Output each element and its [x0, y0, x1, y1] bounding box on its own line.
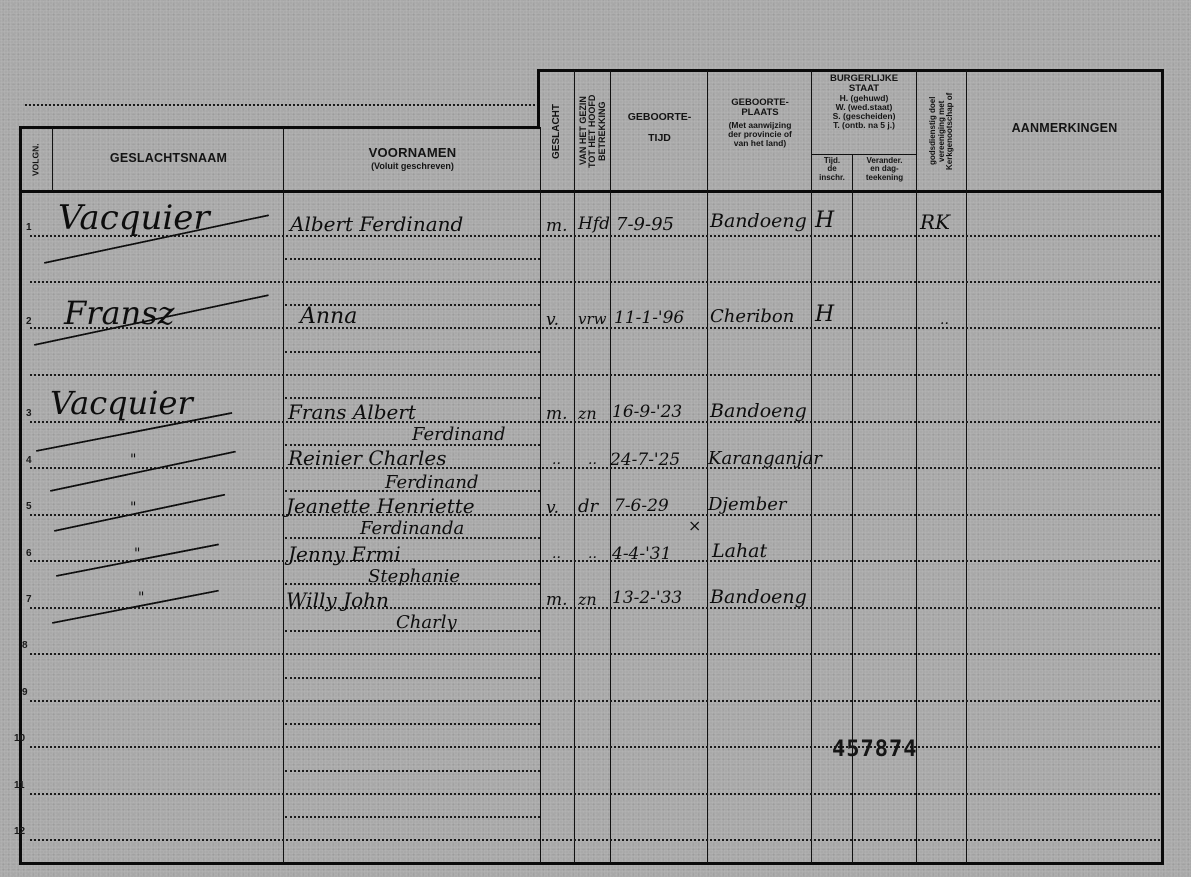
row-number: 9 [22, 687, 28, 698]
row-number: 5 [26, 501, 32, 512]
border-bottom [19, 862, 1164, 865]
cell-betrekking: zn [578, 590, 597, 609]
cell-geslacht: m. [546, 404, 568, 424]
cell-betrekking: zn [578, 404, 597, 423]
header-bs-legend-t: T. (ontb. na 5 j.) [812, 121, 916, 130]
border-step [537, 70, 540, 128]
cell-geboorteplaats: Bandoeng [710, 586, 807, 608]
col-sep-volgn [52, 127, 53, 191]
header-voornamen-label: VOORNAMEN [285, 146, 540, 160]
cell-voornamen: Frans Albert [288, 400, 416, 424]
cell-geslacht: v. [546, 498, 559, 518]
header-betrekking-line3: VAN HET GEZIN [579, 74, 588, 188]
header-geslachtsnaam: GESLACHTSNAAM [54, 152, 283, 165]
cell-geboortetijd-mark: × [688, 516, 701, 535]
header-dotted-line [25, 104, 535, 106]
strikethrough [54, 494, 226, 532]
cell-geslacht: v. [546, 310, 559, 330]
header-geslacht: GESLACHT [541, 76, 573, 188]
header-geboortetijd-label2: TIJD [612, 133, 707, 144]
cell-geboortetijd: 16-9-'23 [612, 402, 682, 422]
cell-geslacht: m. [546, 216, 568, 236]
header-geboorteplaats-label2: PLAATS [709, 108, 811, 118]
header-kerk-line2: vereeniging met [938, 74, 946, 188]
row-number: 3 [26, 408, 32, 419]
cell-geslachtsnaam: Vacquier [50, 384, 193, 422]
header-kerkgenootschap: Kerkgenootschap of vereeniging met godsd… [918, 74, 966, 188]
cell-geboorteplaats: Karanganjar [708, 448, 822, 469]
header-geboorteplaats: GEBOORTE- PLAATS (Met aanwijzing der pro… [709, 98, 811, 148]
cell-geslacht: m. [546, 590, 568, 610]
cell-burgerlijke-staat: H [815, 208, 834, 233]
cell-betrekking: dr [578, 496, 598, 517]
cell-voornamen: Willy John [286, 588, 389, 612]
header-kerk-line3: godsdienstig doel [929, 74, 937, 188]
cell-kerkgenootschap: .. [940, 312, 949, 328]
cell-geboorteplaats: Lahat [712, 540, 767, 562]
cell-voornamen: Jeanette Henriette [286, 494, 475, 518]
header-bottom-rule [19, 190, 1164, 193]
cell-geboortetijd: 7-9-95 [616, 214, 674, 235]
cell-voornamen: Albert Ferdinand [290, 212, 463, 236]
header-volgn: VOLGN. [22, 132, 50, 188]
row-number: 11 [14, 780, 25, 791]
row-number: 12 [14, 826, 25, 837]
cell-betrekking: vrw [578, 310, 606, 328]
cell-betrekking: .. [588, 546, 597, 562]
header-kerk-line1: Kerkgenootschap of [946, 74, 954, 188]
border-top-right [537, 69, 1164, 72]
strikethrough [50, 451, 236, 492]
header-geboorteplaats-sub3: van het land) [709, 139, 811, 148]
col-sep-voornamen [540, 127, 541, 863]
cell-geboortetijd: 11-1-'96 [614, 308, 684, 328]
row-number: 7 [26, 594, 32, 605]
header-voornamen: VOORNAMEN (Voluit geschreven) [285, 146, 540, 171]
cell-geboortetijd: 13-2-'33 [612, 588, 682, 608]
row-number: 6 [26, 548, 32, 559]
cell-voornamen-2: Ferdinand [385, 472, 478, 493]
border-right [1161, 69, 1164, 863]
cell-voornamen-2: Charly [396, 612, 457, 633]
cell-geslachtsnaam: " [130, 452, 136, 468]
form-card: VOLGN. GESLACHTSNAAM VOORNAMEN (Voluit g… [0, 0, 1191, 877]
cell-geslacht: .. [552, 546, 561, 562]
header-voornamen-sublabel: (Voluit geschreven) [285, 162, 540, 171]
cell-betrekking: .. [588, 452, 597, 468]
cell-voornamen-2: Ferdinand [412, 424, 505, 445]
cell-geboorteplaats: Cheribon [710, 306, 794, 327]
cell-voornamen-2: Ferdinanda [360, 518, 464, 539]
row-number: 2 [26, 316, 32, 327]
cell-voornamen: Jenny Ermi [288, 542, 401, 566]
row-number: 4 [26, 455, 32, 466]
stamp-number: 457874 [832, 737, 917, 762]
header-betrekking-line1: BETREKKING [598, 74, 607, 188]
header-bs-verander-l3: teekening [853, 174, 916, 182]
header-bs-tijd: Tijd. de inschr. [812, 157, 852, 182]
row-number: 8 [22, 640, 28, 651]
border-left [19, 126, 22, 863]
cell-geboortetijd: 7-6-29 [614, 496, 669, 516]
border-top-left [20, 126, 540, 129]
burgerlijke-staat-subrule [811, 154, 916, 155]
row-number: 10 [14, 733, 25, 744]
cell-betrekking: Hfd [578, 214, 610, 234]
cell-voornamen: Anna [300, 304, 357, 329]
cell-geslacht: .. [552, 452, 561, 468]
cell-geboortetijd: 24-7-'25 [610, 450, 680, 470]
cell-geboorteplaats: Bandoeng [710, 400, 807, 422]
cell-voornamen: Reinier Charles [288, 446, 447, 470]
header-bs-tijd-l3: inschr. [812, 174, 852, 182]
header-betrekking-line2: TOT HET HOOFD [588, 74, 597, 188]
cell-kerkgenootschap: RK [920, 210, 950, 234]
header-burgerlijke-staat: BURGERLIJKE STAAT H. (gehuwd) W. (wed.st… [812, 74, 916, 130]
header-aanmerkingen: AANMERKINGEN [968, 122, 1161, 135]
cell-voornamen-2: Stephanie [368, 566, 460, 587]
cell-geboorteplaats: Djember [708, 494, 787, 515]
cell-burgerlijke-staat: H [815, 302, 834, 327]
header-bs-verander: Verander. en dag- teekening [853, 157, 916, 182]
header-geboortetijd-label: GEBOORTE- [612, 112, 707, 123]
row-number: 1 [26, 222, 32, 233]
cell-geboortetijd: 4-4-'31 [612, 544, 671, 564]
cell-geboorteplaats: Bandoeng [710, 210, 807, 232]
col-sep-geslachtsnaam [283, 127, 284, 863]
header-geboortetijd: GEBOORTE- TIJD [612, 112, 707, 144]
header-betrekking: BETREKKING TOT HET HOOFD VAN HET GEZIN [576, 74, 610, 188]
